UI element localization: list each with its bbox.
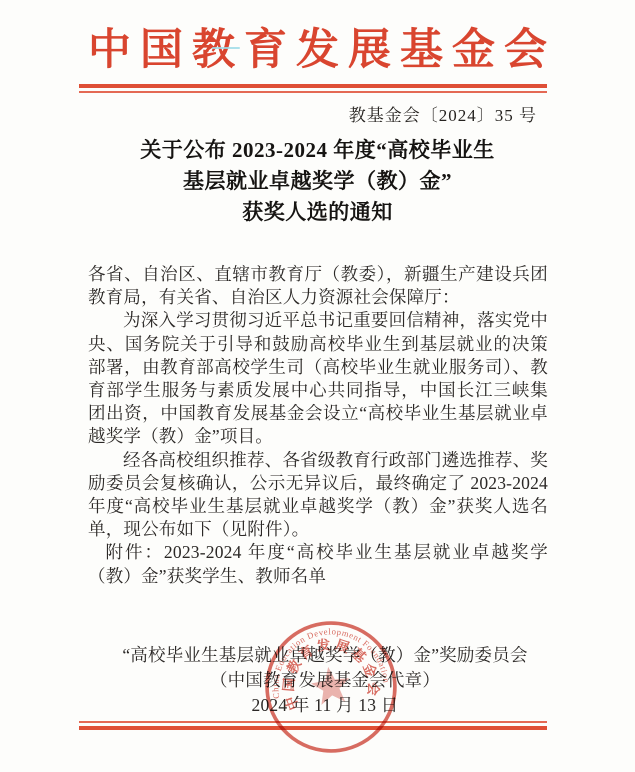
signature-date: 2024 年 11 月 13 日 bbox=[95, 693, 555, 718]
document-number: 教基金会〔2024〕35 号 bbox=[0, 101, 537, 126]
document-title-line-1: 关于公布 2023-2024 年度“高校毕业生 bbox=[0, 135, 635, 166]
letterhead-rule-thin bbox=[79, 91, 547, 93]
body-paragraph-1: 为深入学习贯彻习近平总书记重要回信精神，落实党中央、国务院关于引导和鼓励高校毕业… bbox=[88, 309, 548, 448]
document-title-line-3: 获奖人选的通知 bbox=[0, 197, 635, 228]
document-title: 关于公布 2023-2024 年度“高校毕业生 基层就业卓越奖学（教）金” 获奖… bbox=[0, 135, 635, 228]
attachment-note: 附件：2023-2024 年度“高校毕业生基层就业卓越奖学（教）金”获奖学生、教… bbox=[88, 541, 548, 587]
document-title-line-2: 基层就业卓越奖学（教）金” bbox=[0, 166, 635, 197]
signature-block: “高校毕业生基层就业卓越奖学（教）金”奖励委员会 （中国教育发展基金会代章） 2… bbox=[95, 643, 555, 718]
letterhead-org-name: 中国教育发展基金会 bbox=[0, 16, 635, 77]
letterhead-rule-thick bbox=[79, 84, 547, 88]
salutation: 各省、自治区、直辖市教育厅（教委），新疆生产建设兵团教育局，有关省、自治区人力资… bbox=[88, 263, 548, 309]
document-body: 各省、自治区、直辖市教育厅（教委），新疆生产建设兵团教育局，有关省、自治区人力资… bbox=[88, 263, 548, 588]
scan-artifact bbox=[212, 47, 240, 49]
signature-committee: “高校毕业生基层就业卓越奖学（教）金”奖励委员会 bbox=[95, 643, 555, 668]
official-document-page: 中国教育发展基金会 教基金会〔2024〕35 号 关于公布 2023-2024 … bbox=[0, 0, 635, 772]
footer-rule-thick bbox=[79, 726, 547, 730]
body-paragraph-2: 经各高校组织推荐、各省级教育行政部门遴选推荐、奖励委员会复核确认，公示无异议后，… bbox=[88, 449, 548, 542]
footer-rule-thin bbox=[79, 721, 547, 723]
signature-on-behalf: （中国教育发展基金会代章） bbox=[95, 668, 555, 693]
